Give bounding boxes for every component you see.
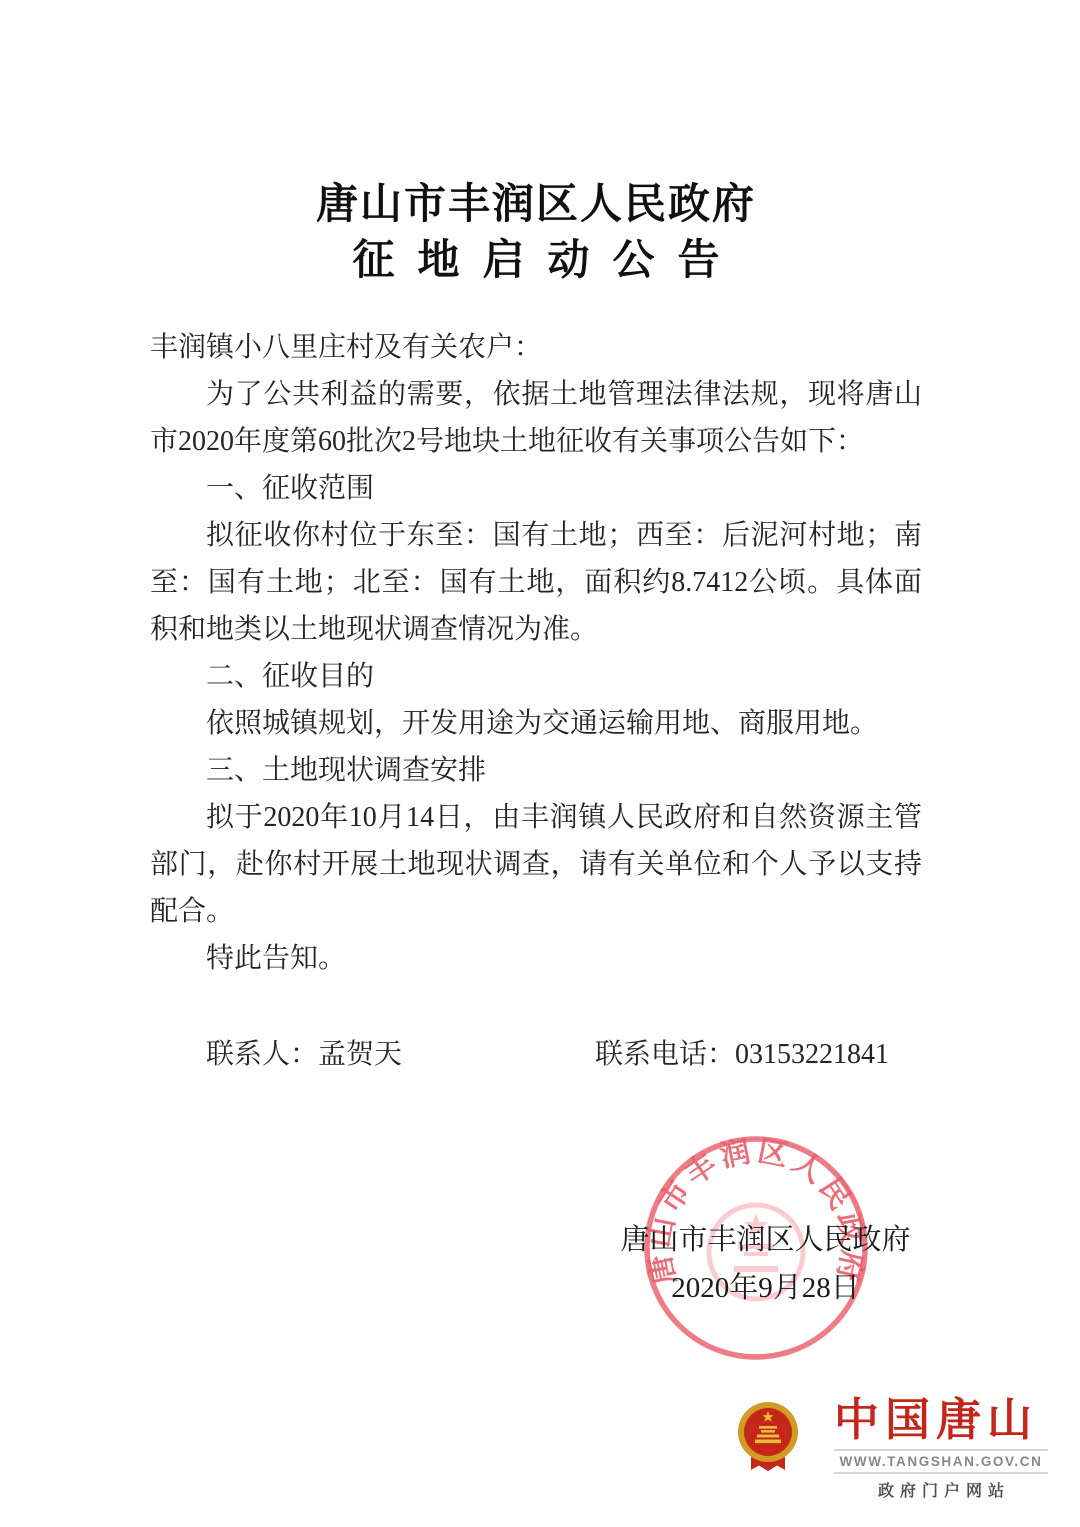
closing-line: 特此告知。 xyxy=(150,935,922,982)
divider-line xyxy=(834,1472,1048,1474)
scanned-announcement-page: 唐山市丰润区人民政府 征地启动公告 丰润镇小八里庄村及有关农户： 为了公共利益的… xyxy=(0,0,1080,1527)
announcement-body: 丰润镇小八里庄村及有关农户： 为了公共利益的需要，依据土地管理法律法规，现将唐山… xyxy=(150,324,922,982)
contact-phone-number: 03153221841 xyxy=(735,1039,889,1070)
contact-phone-label: 联系电话： xyxy=(595,1039,735,1070)
footer-site-logo: 中国唐山 WWW.TANGSHAN.GOV.CN 政府门户网站 xyxy=(735,1394,1050,1501)
portal-brand: 中国唐山 xyxy=(834,1394,1048,1446)
signature-issuer: 唐山市丰润区人民政府 xyxy=(563,1216,968,1264)
contact-row: 联系人：孟贺天 联系电话：03153221841 xyxy=(150,1032,922,1080)
signature-block: 唐山市丰润区人民政府 2020年9月28日 xyxy=(563,1216,968,1312)
announcement-document: 唐山市丰润区人民政府 征地启动公告 丰润镇小八里庄村及有关农户： 为了公共利益的… xyxy=(150,180,922,1080)
section-1-heading: 一、征收范围 xyxy=(150,465,922,512)
section-1-text: 拟征收你村位于东至：国有土地；西至：后泥河村地；南至：国有土地；北至：国有土地，… xyxy=(150,512,922,653)
portal-tagline: 政府门户网站 xyxy=(834,1478,1048,1501)
salutation: 丰润镇小八里庄村及有关农户： xyxy=(150,324,922,371)
title-issuer: 唐山市丰润区人民政府 xyxy=(150,180,922,230)
section-2-heading: 二、征收目的 xyxy=(150,653,922,700)
contact-person-label: 联系人： xyxy=(206,1039,318,1070)
contact-person-name: 孟贺天 xyxy=(318,1039,402,1070)
intro-paragraph: 为了公共利益的需要，依据土地管理法律法规，现将唐山市2020年度第60批次2号地… xyxy=(150,371,922,465)
china-national-emblem-icon xyxy=(735,1400,801,1474)
section-3-heading: 三、土地现状调查安排 xyxy=(150,747,922,794)
title-announcement: 征地启动公告 xyxy=(150,236,922,286)
contact-phone: 联系电话：03153221841 xyxy=(595,1032,889,1072)
signature-date: 2020年9月28日 xyxy=(563,1264,968,1312)
footer-text-block: 中国唐山 WWW.TANGSHAN.GOV.CN 政府门户网站 xyxy=(834,1394,1048,1501)
contact-person: 联系人：孟贺天 xyxy=(206,1032,402,1072)
section-3-text: 拟于2020年10月14日，由丰润镇人民政府和自然资源主管部门，赴你村开展土地现… xyxy=(150,794,922,935)
portal-url: WWW.TANGSHAN.GOV.CN xyxy=(834,1454,1048,1469)
divider-line xyxy=(834,1449,1048,1451)
section-2-text: 依照城镇规划，开发用途为交通运输用地、商服用地。 xyxy=(150,700,922,747)
